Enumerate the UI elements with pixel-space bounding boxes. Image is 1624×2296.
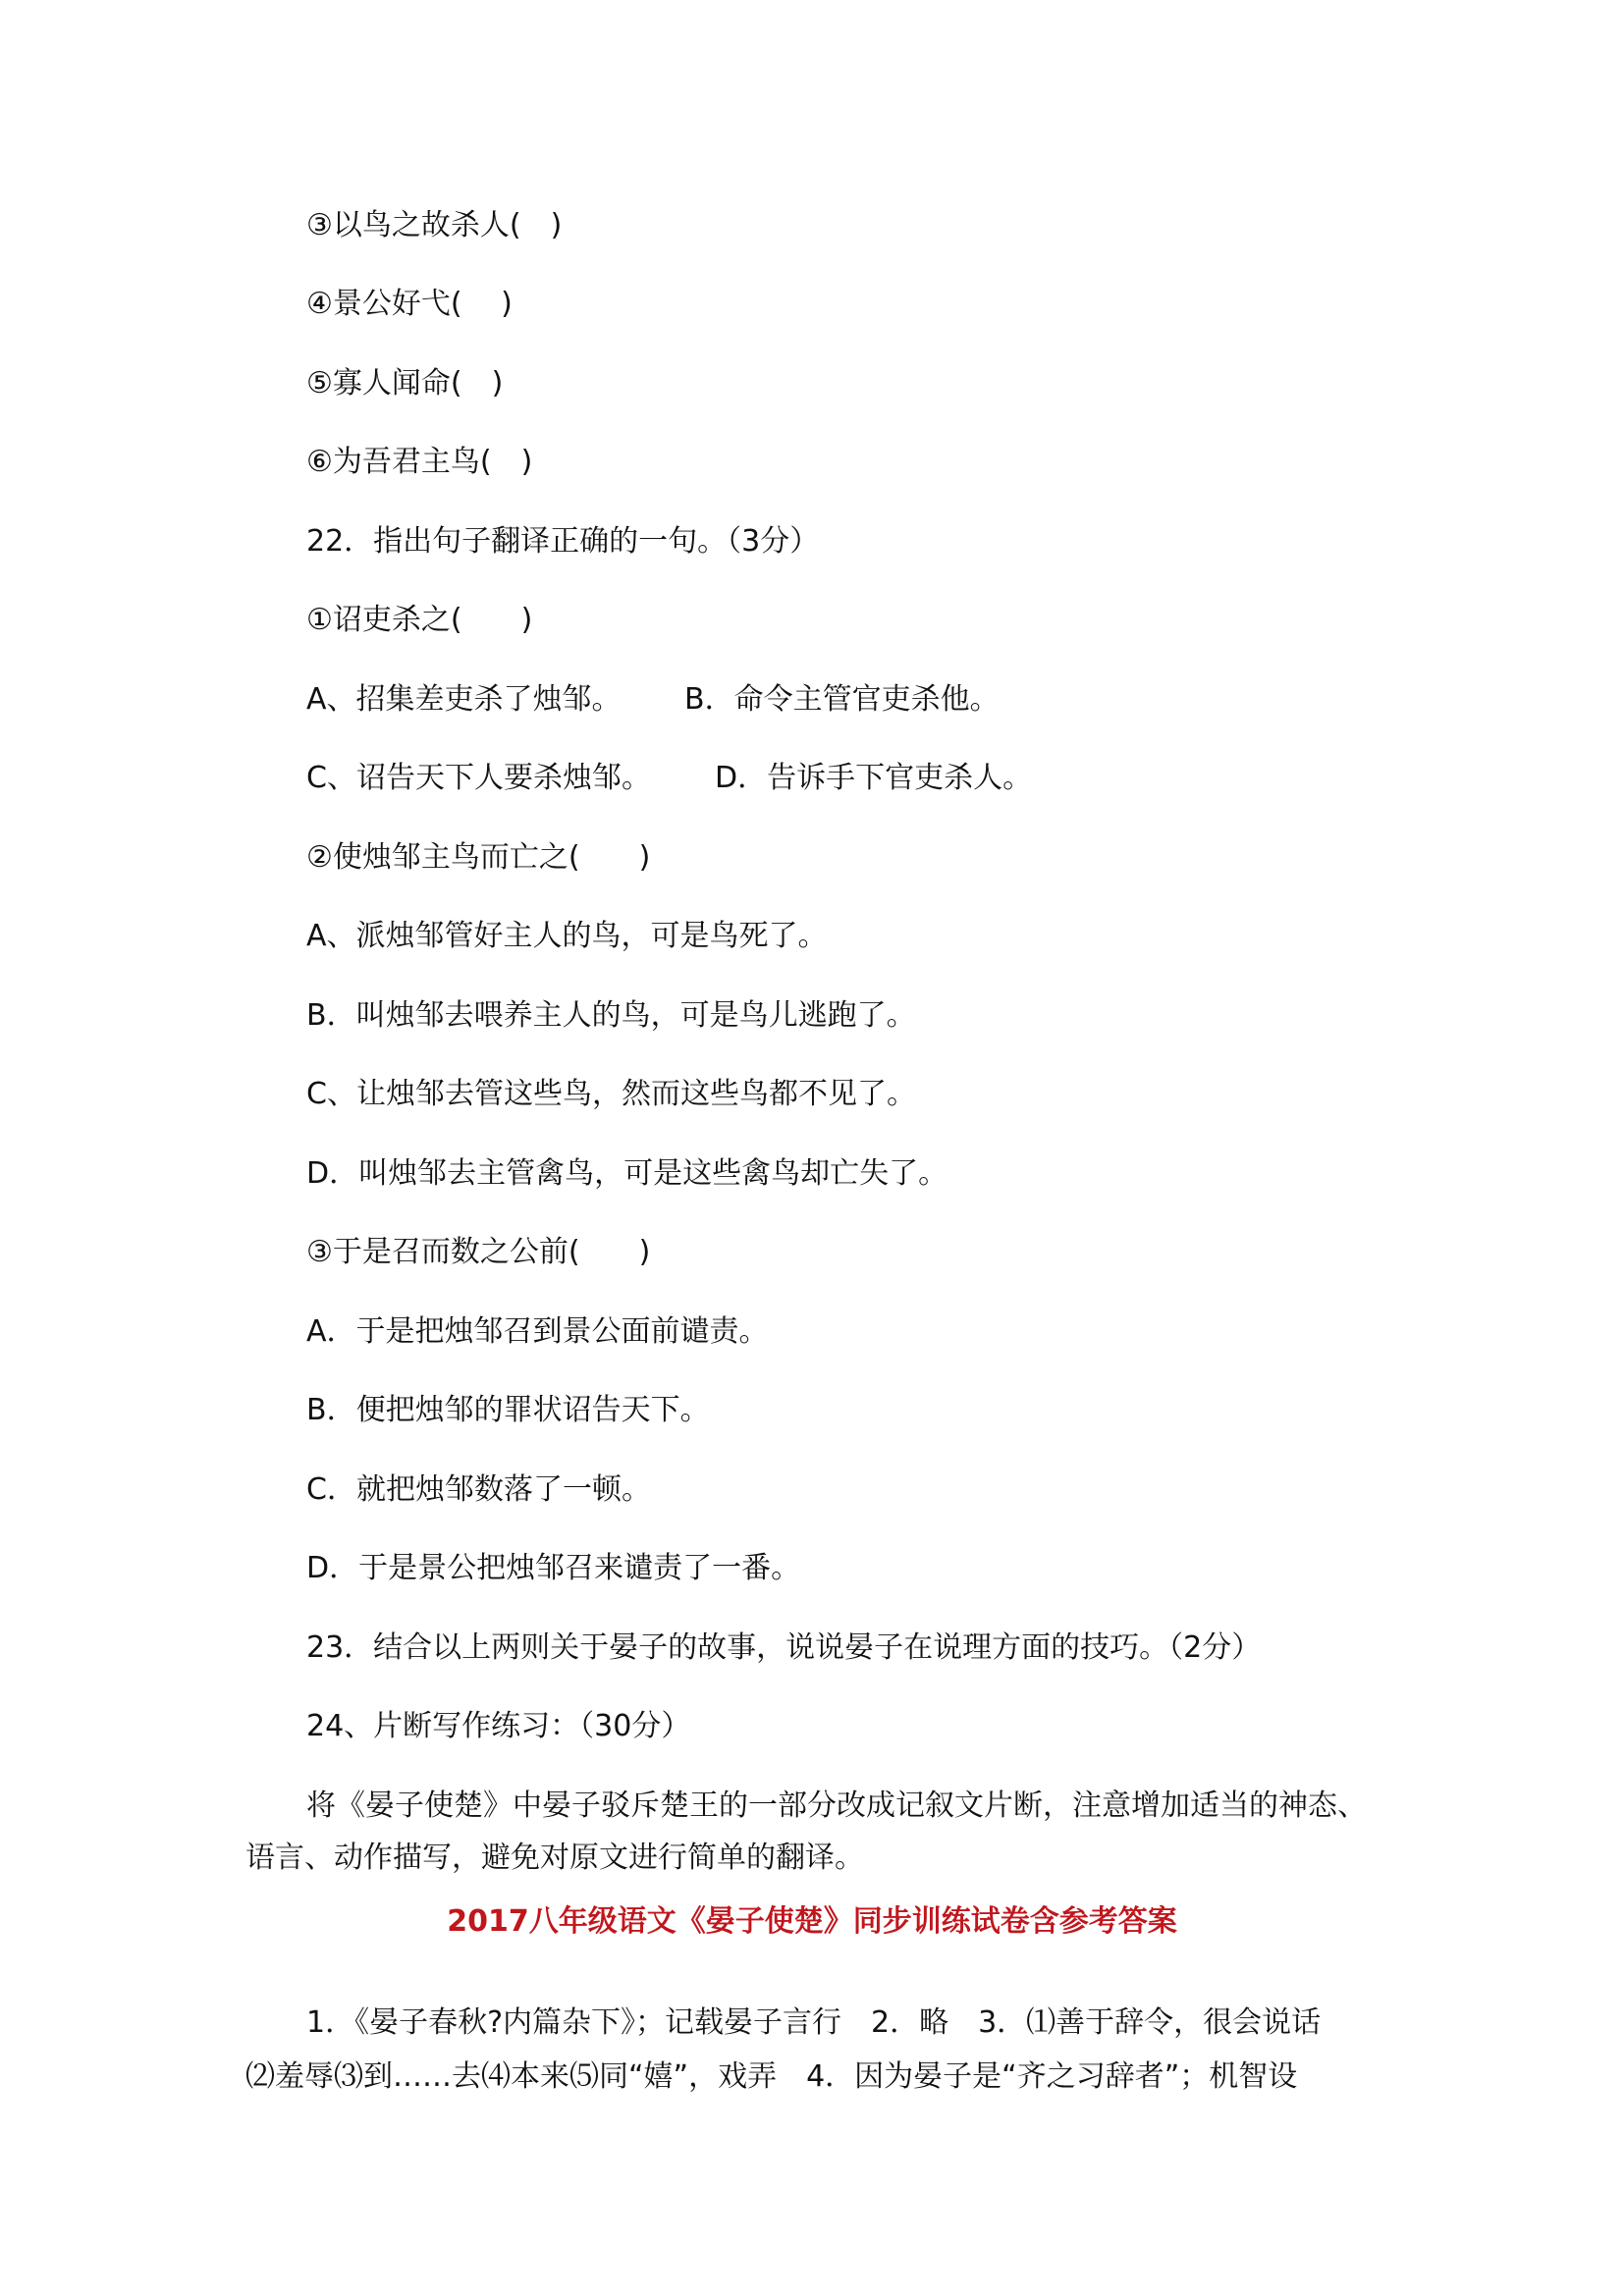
q22-part2-option-d: D．叫烛邹去主管禽鸟，可是这些禽鸟却亡失了。	[306, 1154, 947, 1194]
q22-part3-prompt: ③于是召而数之公前( )	[306, 1233, 650, 1272]
q24-stem: 24、片断写作练习：（30分）	[306, 1707, 690, 1746]
q22-part2-option-c: C、让烛邹去管这些鸟，然而这些鸟都不见了。	[306, 1075, 916, 1114]
q22-part1-option-c: C、诏告天下人要杀烛邹。	[306, 759, 651, 798]
q21-item-6: ⑥为吾君主鸟( )	[306, 443, 532, 482]
q22-part1-option-a: A、招集差吏杀了烛邹。	[306, 680, 622, 720]
q22-part2-prompt: ②使烛邹主鸟而亡之( )	[306, 838, 650, 878]
q22-stem: 22．指出句子翻译正确的一句。（3分）	[306, 522, 819, 561]
q22-part3-option-b: B．便把烛邹的罪状诏告天下。	[306, 1391, 710, 1430]
q22-part2-option-b: B．叫烛邹去喂养主人的鸟，可是鸟儿逃跑了。	[306, 996, 916, 1036]
q24-body-line1: 将《晏子使楚》中晏子驳斥楚王的一部分改成记叙文片断，注意增加适当的神态、	[306, 1787, 1367, 1826]
q22-part3-option-c: C．就把烛邹数落了一顿。	[306, 1470, 651, 1510]
q21-item-5: ⑤寡人闻命( )	[306, 364, 503, 403]
q22-part1-option-d: D．告诉手下官吏杀人。	[715, 759, 1032, 798]
q22-part1-prompt: ①诏吏杀之( )	[306, 601, 532, 640]
q22-part3-option-a: A．于是把烛邹召到景公面前谴责。	[306, 1312, 769, 1352]
q21-item-4: ④景公好弋( )	[306, 285, 513, 324]
answers-line1: 1．《晏子春秋?内篇杂下》；记载晏子言行 2．略 3．⑴善于辞令，很会说话	[306, 2003, 1321, 2043]
q22-part3-option-d: D．于是景公把烛邹召来谴责了一番。	[306, 1549, 800, 1588]
q24-body-line2: 语言、动作描写，避免对原文进行简单的翻译。	[245, 1839, 864, 1878]
q21-item-3: ③以鸟之故杀人( )	[306, 206, 562, 245]
q22-part1-option-b: B．命令主管官吏杀他。	[684, 680, 1000, 720]
q23-stem: 23．结合以上两则关于晏子的故事，说说晏子在说理方面的技巧。（2分）	[306, 1629, 1261, 1668]
document-page: ③以鸟之故杀人( ) ④景公好弋( ) ⑤寡人闻命( ) ⑥为吾君主鸟( ) 2…	[0, 0, 1624, 2296]
q22-part2-option-a: A、派烛邹管好主人的鸟，可是鸟死了。	[306, 917, 828, 956]
answers-line2: ⑵羞辱⑶到……去⑷本来⑸同“嬉”，戏弄 4．因为晏子是“齐之习辞者”；机智设	[245, 2057, 1297, 2097]
answers-title: 2017八年级语文《晏子使楚》同步训练试卷含参考答案	[0, 1902, 1624, 1942]
